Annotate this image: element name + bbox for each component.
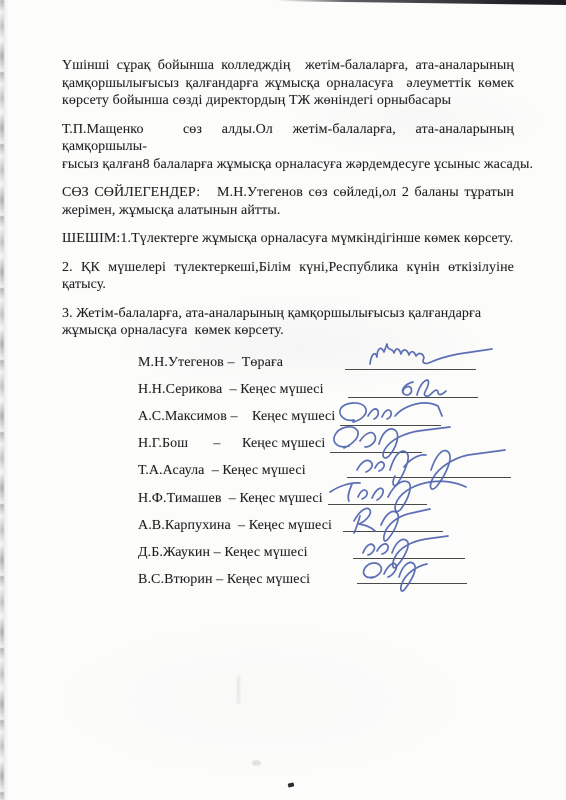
text-line: Т.П.Мащенко сөз алды.Ол жетім-балаларға,… bbox=[62, 121, 514, 156]
text-line: 3. Жетім-балаларға, ата-аналарының қамқо… bbox=[62, 305, 514, 323]
handwritten-signature-6 bbox=[330, 481, 466, 511]
handwritten-signature-8 bbox=[363, 536, 448, 568]
signature-row-label: А.С.Максимов – Кеңес мүшесі bbox=[138, 408, 335, 425]
text-line: қатысу. bbox=[62, 276, 514, 294]
paragraph-intro: Үшінші сұрақ бойынша колледждің жетім-ба… bbox=[62, 57, 514, 110]
signature-underline bbox=[330, 452, 422, 453]
text-line: көрсету бойынша сөзді директордың ТЖ жөн… bbox=[62, 92, 514, 110]
signature-row-label: Н.Н.Серикова – Кеңес мүшесі bbox=[138, 381, 324, 398]
signature-underline bbox=[353, 558, 465, 559]
text-line: қамқоршылығысыз қалғандарға жұмысқа орна… bbox=[62, 75, 514, 93]
signature-underline bbox=[340, 425, 441, 426]
scan-speck-dark bbox=[288, 782, 295, 787]
paragraph-speaker: Т.П.Мащенко сөз алды.Ол жетім-балаларға,… bbox=[62, 121, 514, 174]
paragraph-decision-3: 3. Жетім-балаларға, ата-аналарының қамқо… bbox=[62, 305, 514, 340]
text-line: ШЕШІМ:1.Түлектерге жұмысқа орналасуға мү… bbox=[62, 230, 514, 248]
signature-underline bbox=[348, 397, 478, 398]
signature-row-label: Н.Ф.Тимашев – Кеңес мүшесі bbox=[138, 490, 323, 507]
signature-underline bbox=[357, 583, 467, 584]
scan-edge-left-shadow bbox=[3, 0, 9, 800]
signature-underline bbox=[343, 531, 443, 532]
paragraph-decision-2: 2. ҚК мүшелері түлектеркеші,Білім күні,Р… bbox=[62, 259, 514, 294]
paragraph-speeches: СӨЗ СӨЙЛЕГЕНДЕР: М.Н.Утегенов сөз сөйлед… bbox=[62, 184, 514, 219]
text-line: Үшінші сұрақ бойынша колледждің жетім-ба… bbox=[62, 57, 514, 75]
paragraph-decision-1: ШЕШІМ:1.Түлектерге жұмысқа орналасуға мү… bbox=[62, 230, 514, 248]
handwritten-signature-2 bbox=[403, 380, 446, 396]
signature-underline bbox=[347, 477, 511, 478]
scanned-document-page: Үшінші сұрақ бойынша колледждің жетім-ба… bbox=[0, 0, 566, 800]
text-line: жерімен, жұмысқа алатынын айтты. bbox=[62, 202, 514, 220]
handwritten-signature-3 bbox=[340, 403, 442, 422]
signature-row-label: В.С.Втюрин – Кеңес мүшесі bbox=[138, 571, 310, 588]
text-line: жұмысқа орналасуға көмек көрсету. bbox=[62, 322, 514, 340]
handwritten-signature-7 bbox=[354, 508, 430, 540]
scan-speck-faint bbox=[252, 760, 261, 766]
signature-underline bbox=[345, 369, 476, 370]
scan-edge-top bbox=[276, 0, 566, 5]
signature-underline bbox=[328, 504, 427, 505]
signature-row-label: А.В.Карпухина – Кеңес мүшесі bbox=[138, 517, 332, 534]
handwritten-signature-9 bbox=[364, 563, 427, 591]
signature-row-label: Д.Б.Жаукин – Кеңес мүшесі bbox=[138, 544, 308, 561]
handwritten-signature-4 bbox=[334, 427, 450, 458]
signature-row-label: Т.А.Асаула – Кеңес мүшесі bbox=[138, 462, 306, 479]
signature-row-label: Н.Г.Бош – Кеңес мүшесі bbox=[138, 435, 325, 452]
text-line: СӨЗ СӨЙЛЕГЕНДЕР: М.Н.Утегенов сөз сөйлед… bbox=[62, 184, 514, 202]
document-body: Үшінші сұрақ бойынша колледждің жетім-ба… bbox=[62, 57, 514, 351]
handwritten-signature-5 bbox=[357, 450, 505, 489]
scan-smudge bbox=[237, 676, 240, 704]
signature-row-label: М.Н.Утегенов – Төраға bbox=[138, 354, 283, 371]
text-line: ғысыз қалған8 балаларға жұмысқа орналасу… bbox=[62, 156, 514, 174]
text-line: 2. ҚК мүшелері түлектеркеші,Білім күні,Р… bbox=[62, 259, 514, 277]
